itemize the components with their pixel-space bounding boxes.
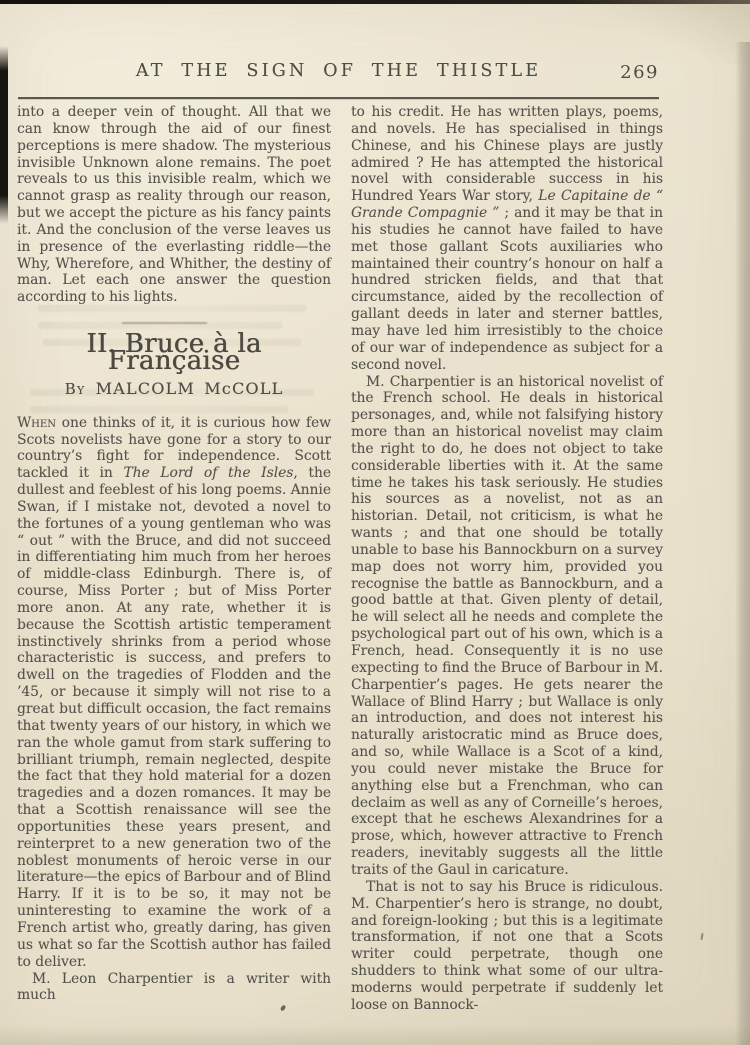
- header-rule: [18, 97, 659, 99]
- paragraph: M. Leon Charpentier is a writer with muc…: [17, 971, 331, 1005]
- byline-by: By: [65, 380, 86, 398]
- paragraph-text: , the dullest and feeblest of his long p…: [17, 465, 331, 969]
- byline: By MALCOLM McCOLL: [17, 381, 331, 398]
- page-edge-shadow: [735, 42, 750, 1045]
- right-column: to his credit. He has written plays, poe…: [351, 104, 663, 1014]
- section-heading: II. Bruce à la Française: [17, 336, 331, 370]
- paragraph-text: ; and it may be that in his studies he c…: [351, 205, 663, 373]
- paragraph: That is not to say his Bruce is ridiculo…: [351, 879, 663, 1014]
- scan-edge-top: [0, 0, 750, 4]
- paragraph: M. Charpentier is an historical novelist…: [351, 374, 663, 879]
- book-title-italic: The Lord of the Isles: [123, 465, 293, 481]
- byline-author: MALCOLM McCOLL: [96, 379, 284, 398]
- page-bottom-shade: [0, 1025, 750, 1045]
- page-title: AT THE SIGN OF THE THISTLE: [18, 61, 659, 81]
- left-column: into a deeper vein of thought. All that …: [17, 104, 331, 1004]
- scanned-book-page: AT THE SIGN OF THE THISTLE 269 into a de…: [0, 0, 750, 1045]
- page-corner-shade: [560, 0, 750, 64]
- article-opening-paragraph: When one thinks of it, it is curious how…: [17, 415, 331, 971]
- ink-speck: [700, 933, 703, 940]
- ink-speck: [280, 1004, 286, 1011]
- scan-edge-left: [0, 46, 8, 224]
- running-header: AT THE SIGN OF THE THISTLE 269: [18, 61, 659, 87]
- paragraph-continuation: into a deeper vein of thought. All that …: [17, 104, 331, 306]
- paragraph-continuation: to his credit. He has written plays, poe…: [351, 104, 663, 374]
- opening-word: When: [17, 415, 56, 431]
- page-number: 269: [620, 62, 659, 83]
